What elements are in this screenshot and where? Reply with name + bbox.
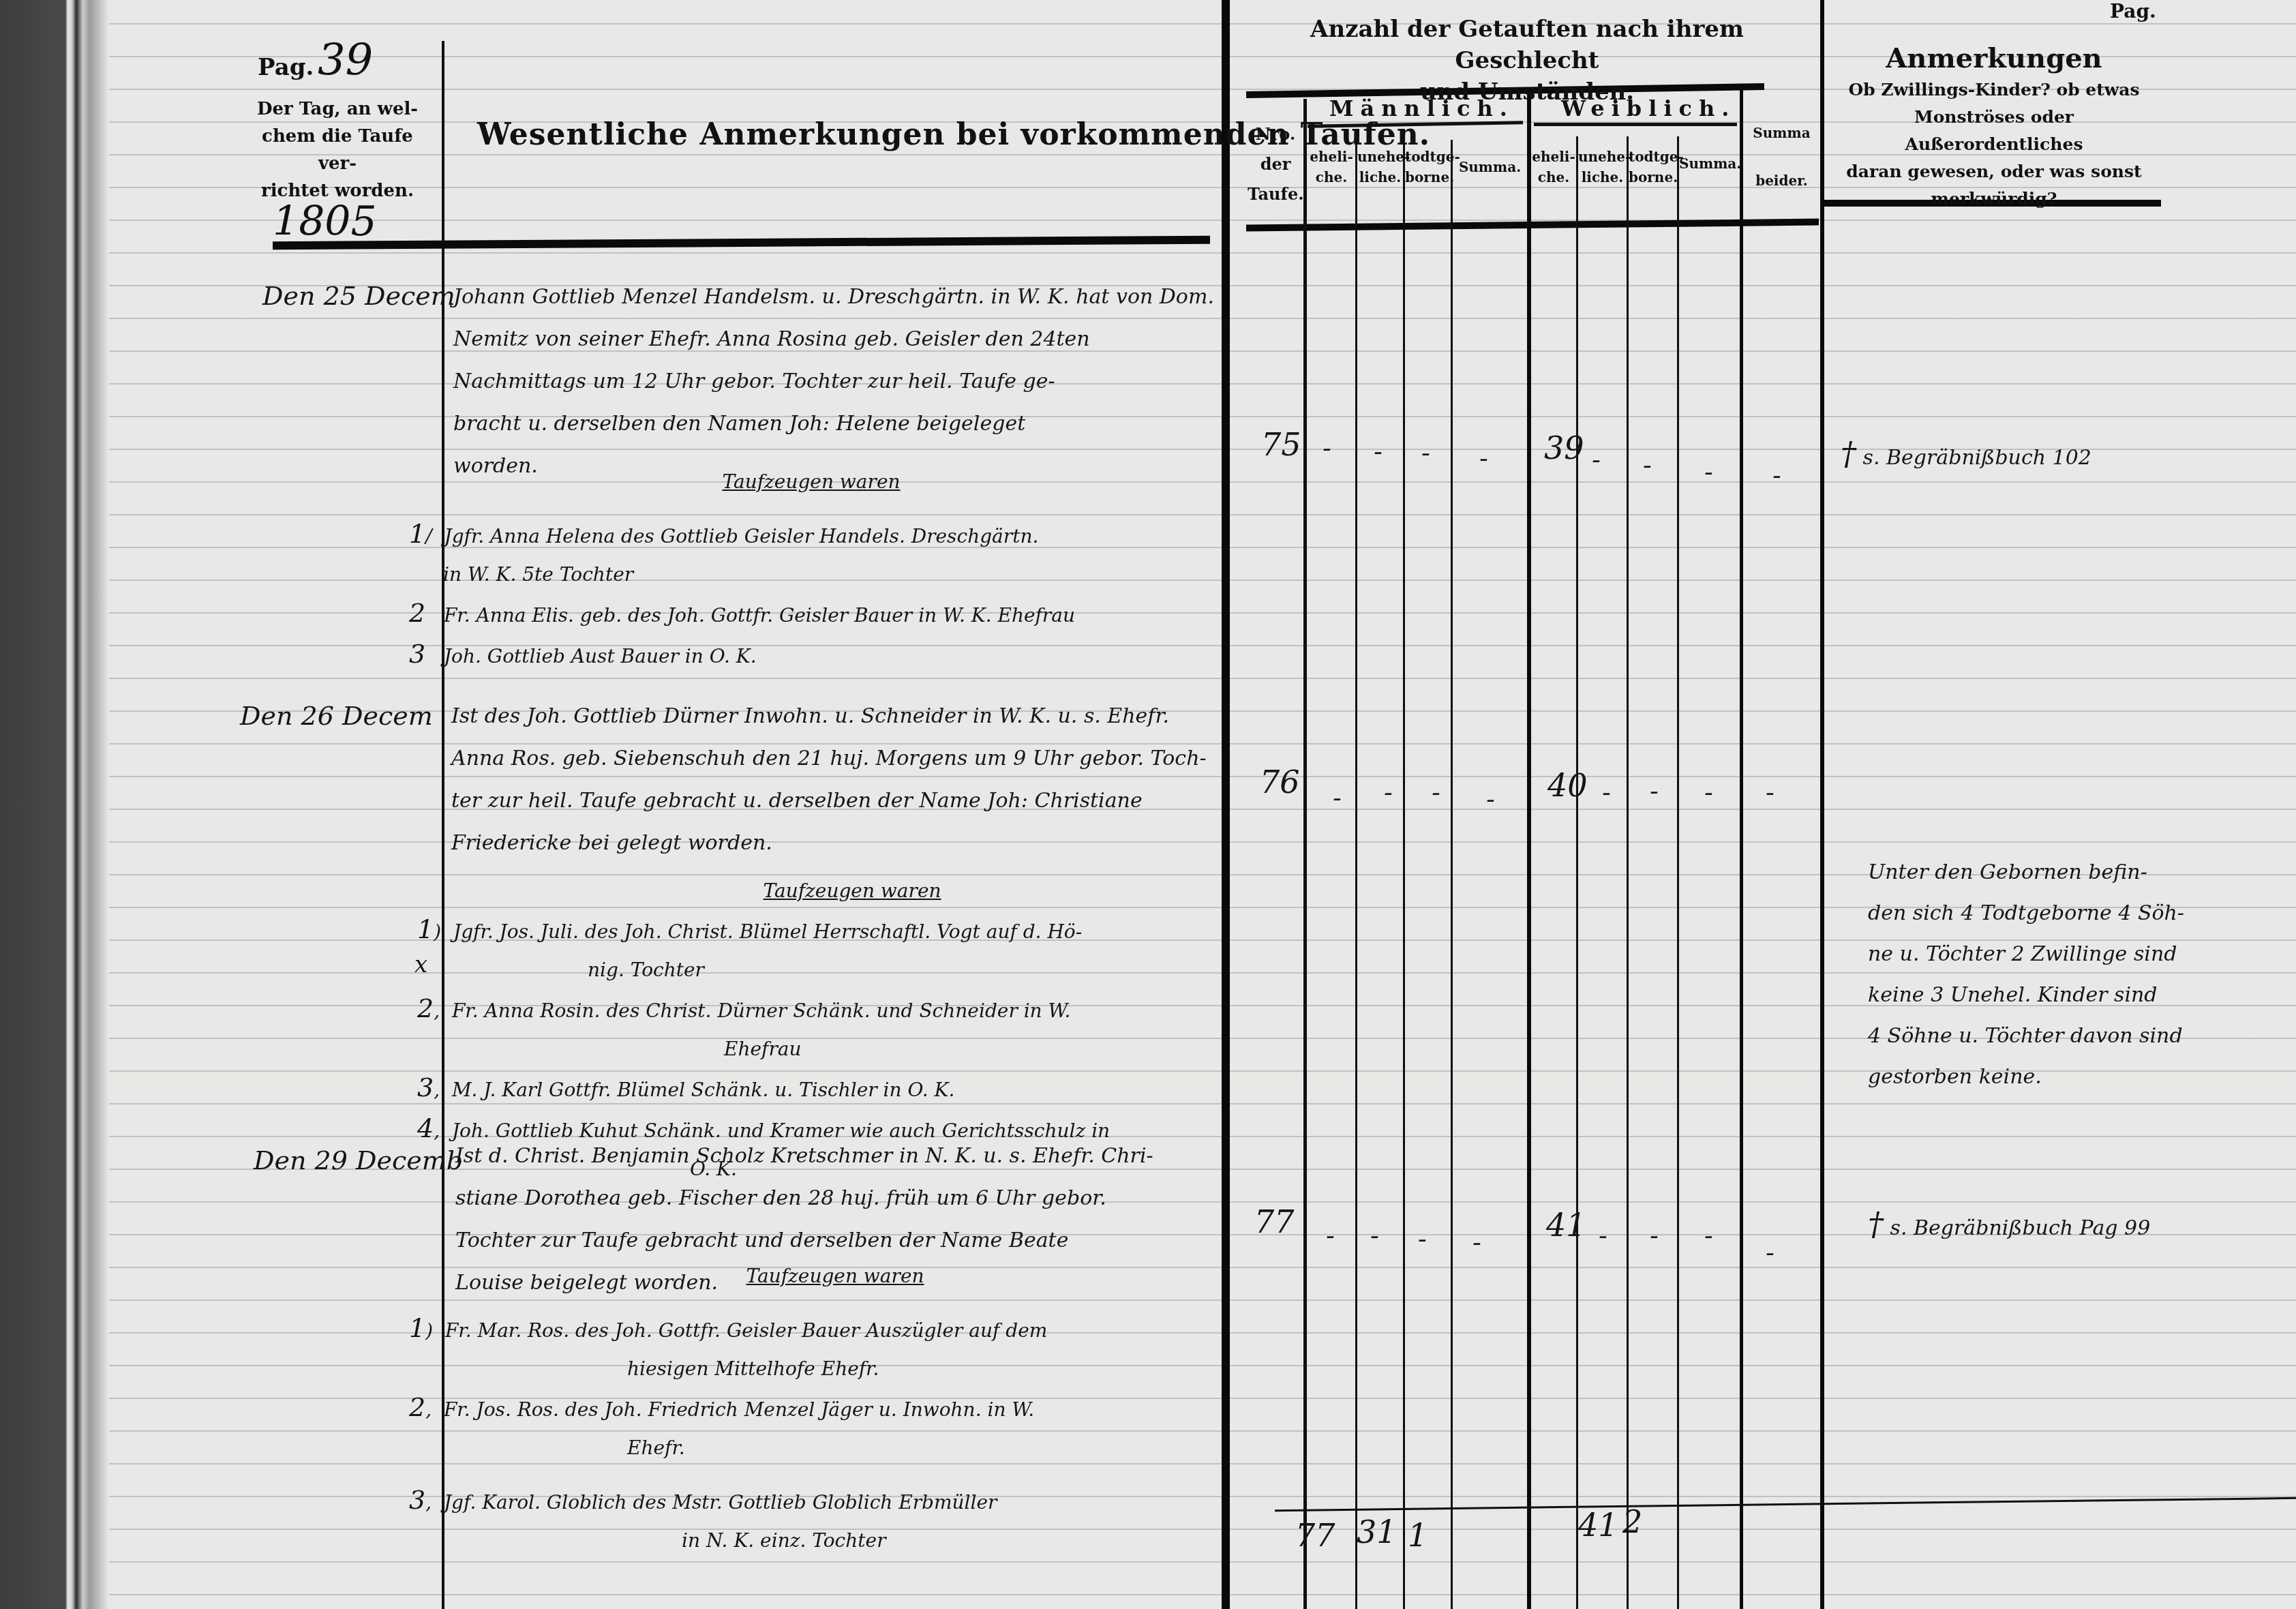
- female-unehelich-value: -: [1599, 1220, 1607, 1250]
- page-number: 39: [318, 35, 373, 86]
- godparent-line: Fr. Jos. Ros. des Joh. Friedrich Menzel …: [444, 1398, 1034, 1421]
- summa-beider-header: Summabeider.: [1743, 109, 1820, 205]
- godparent-line: Joh. Gottlieb Aust Bauer in O. K.: [444, 645, 757, 667]
- female-summa-divider: [1740, 89, 1743, 1609]
- male-todt-value: -: [1421, 438, 1430, 468]
- female-unehelich-header: unehe-liche.: [1578, 147, 1627, 187]
- entry-text-line: Friedericke bei gelegt worden.: [451, 822, 1207, 864]
- nro-header-line: der: [1248, 149, 1303, 179]
- remarks-subheader-line: daran gewesen, oder was sonst: [1834, 158, 2154, 185]
- summa-beider-line: Summa: [1743, 109, 1820, 157]
- female-ehelich-value: 41: [1546, 1207, 1586, 1244]
- entry-date: Den 25 Decem: [262, 281, 455, 311]
- female-summa-value: -: [1704, 1220, 1713, 1250]
- male-unehelich-header: unehe-liche.: [1357, 147, 1403, 187]
- male-unehelich-value: -: [1384, 777, 1393, 807]
- remark-line: 4 Söhne u. Töchter davon sind: [1868, 1016, 2184, 1057]
- subheader-line: che.: [1308, 167, 1355, 187]
- remark-text: s. Begräbnißbuch Pag 99: [1890, 1216, 2151, 1240]
- year: 1805: [273, 198, 377, 245]
- male-ehelich-value: -: [1323, 433, 1331, 463]
- godparent-number: 2: [417, 993, 434, 1023]
- entry-text-line: stiane Dorothea geb. Fischer den 28 huj.…: [455, 1177, 1153, 1220]
- subheader-line: unehe-: [1578, 147, 1627, 167]
- male-summa-value: -: [1486, 784, 1495, 814]
- book-binding-edge: [0, 0, 109, 1609]
- date-column-header: Der Tag, an wel- chem die Taufe ver- ric…: [245, 95, 429, 205]
- death-cross-icon: †: [1868, 1205, 1884, 1242]
- remark-line: den sich 4 Todtgeborne 4 Söh-: [1868, 893, 2184, 934]
- entry-text-line: Anna Ros. geb. Siebenschuh den 21 huj. M…: [451, 738, 1207, 780]
- godparent-line: M. J. Karl Gottfr. Blümel Schänk. u. Tis…: [452, 1079, 955, 1101]
- remarks-subheader-line: merkwürdig?: [1834, 185, 2154, 213]
- entry-text-line: Tochter zur Taufe gebracht und derselben…: [455, 1220, 1153, 1262]
- subheader-line: eheli-: [1531, 147, 1576, 167]
- male-todt-value: -: [1418, 1224, 1427, 1254]
- page-fold-rule: [1222, 0, 1230, 1609]
- remarks-subheader: Ob Zwillings-Kinder? ob etwas Monströses…: [1834, 76, 2154, 213]
- godparent-number: 2: [409, 1392, 425, 1422]
- subheader-line: todtge-: [1629, 147, 1677, 167]
- godparent-number: 1: [409, 519, 425, 549]
- total-male-ehelich: 31: [1357, 1514, 1397, 1550]
- female-unehelich-value: -: [1602, 777, 1611, 807]
- date-header-line: chem die Taufe ver-: [245, 123, 429, 177]
- male-todtgeborne-header: todtge-borne.: [1405, 147, 1451, 187]
- godparent-line: in N. K. einz. Tochter: [409, 1522, 1047, 1560]
- female-summa-value: -: [1704, 777, 1713, 807]
- godparent-number: 2: [409, 598, 425, 628]
- godparent-number: 1: [417, 914, 434, 944]
- female-unehelich-value: -: [1592, 445, 1601, 475]
- page-label-right: Pag.: [2110, 0, 2156, 22]
- godparent-line: in W. K. 5te Tochter: [409, 556, 1075, 594]
- female-ehelich-divider: [1576, 136, 1578, 1609]
- godparent-line: Jgfr. Anna Helena des Gottlieb Geisler H…: [444, 525, 1038, 547]
- entry-nro: 75: [1261, 426, 1301, 463]
- subheader-line: liche.: [1357, 167, 1403, 187]
- nro-divider: [1303, 99, 1307, 1609]
- subheader-line: che.: [1531, 167, 1576, 187]
- godparents-list: 1) Fr. Mar. Ros. des Joh. Gottfr. Geisle…: [409, 1309, 1047, 1560]
- entry-remark-note: Unter den Gebornen befin- den sich 4 Tod…: [1868, 852, 2184, 1098]
- total-female-unehelich: 2: [1622, 1503, 1642, 1540]
- date-header-line: Der Tag, an wel-: [245, 95, 429, 123]
- remarks-subheader-line: Monströses oder Außerordentliches: [1834, 104, 2154, 158]
- remarks-subheader-line: Ob Zwillings-Kinder? ob etwas: [1834, 76, 2154, 104]
- godparent-number: 3: [417, 1072, 434, 1102]
- nro-header: Nro. der Taufe.: [1248, 119, 1303, 209]
- counts-header: Anzahl der Getauften nach ihrem Geschlec…: [1282, 14, 1772, 108]
- entry-text: Ist des Joh. Gottlieb Dürner Inwohn. u. …: [451, 695, 1207, 864]
- godparent-line: hiesigen Mittelhofe Ehefr.: [409, 1350, 1047, 1388]
- female-todtgeborne-header: todtge-borne.: [1629, 147, 1677, 187]
- female-summa-header: Summa.: [1679, 153, 1740, 174]
- female-todt-value: -: [1650, 1220, 1659, 1250]
- godparents-heading: Taufzeugen waren: [682, 1265, 988, 1287]
- female-todt-divider: [1677, 136, 1679, 1609]
- remark-line: ne u. Töchter 2 Zwillinge sind: [1868, 934, 2184, 975]
- entry-remark: † s. Begräbnißbuch 102: [1841, 433, 2091, 479]
- entry-date: Den 29 Decemb: [254, 1145, 463, 1175]
- godparent-number: 1: [409, 1313, 425, 1343]
- godparent-number: 4: [417, 1113, 434, 1143]
- entry-text-line: Ist des Joh. Gottlieb Dürner Inwohn. u. …: [451, 695, 1207, 738]
- female-header: Weiblich.: [1561, 95, 1736, 121]
- nro-header-line: Nro.: [1248, 119, 1303, 149]
- female-summa-value: -: [1704, 457, 1713, 487]
- entry-text-line: Nachmittags um 12 Uhr gebor. Tochter zur…: [453, 361, 1214, 403]
- godparents-heading: Taufzeugen waren: [614, 470, 1009, 493]
- male-female-divider: [1527, 92, 1531, 1609]
- godparent-line: Fr. Anna Elis. geb. des Joh. Gottfr. Gei…: [444, 604, 1075, 627]
- entry-text-line: Johann Gottlieb Menzel Handelsm. u. Dres…: [453, 276, 1214, 318]
- total-male-unehelich: 1: [1408, 1517, 1428, 1554]
- remark-line: Unter den Gebornen befin-: [1868, 852, 2184, 893]
- subheader-line: liche.: [1578, 167, 1627, 187]
- subheader-line: borne.: [1405, 167, 1451, 187]
- entry-remark: † s. Begräbnißbuch Pag 99: [1868, 1203, 2150, 1249]
- entry-date: Den 26 Decem: [240, 701, 433, 731]
- total-nro: 77: [1295, 1517, 1335, 1554]
- death-cross-icon: †: [1841, 435, 1856, 472]
- nro-header-line: Taufe.: [1248, 179, 1303, 209]
- male-ehelich-divider: [1355, 140, 1357, 1609]
- male-ehelich-value: -: [1326, 1220, 1335, 1250]
- summa-beider-value: -: [1772, 460, 1781, 490]
- godparent-line: nig. Tochter: [417, 951, 1110, 989]
- female-todt-value: -: [1643, 450, 1652, 480]
- godparent-line: Ehefrau: [417, 1030, 1110, 1068]
- total-female-ehelich: 41: [1578, 1507, 1618, 1544]
- male-ehelich-value: -: [1333, 783, 1342, 813]
- female-todt-value: -: [1650, 776, 1659, 806]
- male-unehelich-value: -: [1370, 1220, 1379, 1250]
- female-ehelich-value: 40: [1547, 767, 1588, 804]
- entry-text-line: bracht u. derselben den Namen Joh: Helen…: [453, 403, 1214, 445]
- subheader-line: unehe-: [1357, 147, 1403, 167]
- male-todt-divider: [1451, 140, 1453, 1609]
- subheader-line: eheli-: [1308, 147, 1355, 167]
- male-summa-value: -: [1472, 1227, 1481, 1257]
- female-ehelich-header: eheli-che.: [1531, 147, 1576, 187]
- remark-text: s. Begräbnißbuch 102: [1863, 446, 2091, 470]
- counts-header-line: Anzahl der Getauften nach ihrem Geschlec…: [1282, 14, 1772, 76]
- pag-label: Pag.: [258, 54, 314, 81]
- godparent-line: Ehefr.: [409, 1429, 1047, 1467]
- subheader-line: todtge-: [1405, 147, 1451, 167]
- margin-mark: x: [414, 951, 427, 978]
- remark-line: keine 3 Unehel. Kinder sind: [1868, 975, 2184, 1016]
- godparent-line: Fr. Mar. Ros. des Joh. Gottfr. Geisler B…: [445, 1319, 1047, 1342]
- godparent-line: Fr. Anna Rosin. des Christ. Dürner Schän…: [452, 999, 1070, 1022]
- male-ehelich-header: eheli-che.: [1308, 147, 1355, 187]
- godparents-heading: Taufzeugen waren: [682, 879, 1023, 902]
- remark-line: gestorben keine.: [1868, 1057, 2184, 1098]
- female-unehelich-divider: [1627, 136, 1629, 1609]
- godparent-line: Jgfr. Jos. Juli. des Joh. Christ. Blümel…: [453, 920, 1082, 943]
- godparent-line: Jgf. Karol. Globlich des Mstr. Gottlieb …: [444, 1491, 997, 1514]
- remarks-header: Anmerkungen: [1834, 42, 2154, 74]
- male-header: Männlich.: [1329, 95, 1514, 121]
- summa-beider-value: -: [1766, 1237, 1774, 1267]
- remarks-column-divider: [1820, 0, 1824, 1609]
- female-ehelich-value: 39: [1544, 430, 1584, 466]
- entry-text-line: ter zur heil. Taufe gebracht u. derselbe…: [451, 780, 1207, 822]
- male-todt-value: -: [1432, 777, 1440, 807]
- entry-text: Johann Gottlieb Menzel Handelsm. u. Dres…: [453, 276, 1214, 487]
- godparent-number: 3: [409, 1485, 425, 1515]
- entry-text-line: Nemitz von seiner Ehefr. Anna Rosina geb…: [453, 318, 1214, 361]
- entry-nro: 76: [1260, 764, 1300, 800]
- entry-nro: 77: [1254, 1203, 1295, 1240]
- male-summa-header: Summa.: [1453, 157, 1527, 177]
- female-subheader-underline: [1534, 123, 1737, 126]
- male-summa-value: -: [1479, 443, 1488, 473]
- summa-beider-line: beider.: [1743, 157, 1820, 205]
- godparent-number: 3: [409, 639, 425, 669]
- page-label-left: Pag. 39: [258, 35, 373, 86]
- godparents-list: 1/ Jgfr. Anna Helena des Gottlieb Geisle…: [409, 515, 1075, 676]
- summa-beider-value: -: [1766, 777, 1774, 807]
- male-unehelich-divider: [1403, 140, 1405, 1609]
- male-unehelich-value: -: [1374, 436, 1383, 466]
- subheader-line: borne.: [1629, 167, 1677, 187]
- entry-text-line: Ist d. Christ. Benjamin Scholz Kretschme…: [455, 1135, 1153, 1177]
